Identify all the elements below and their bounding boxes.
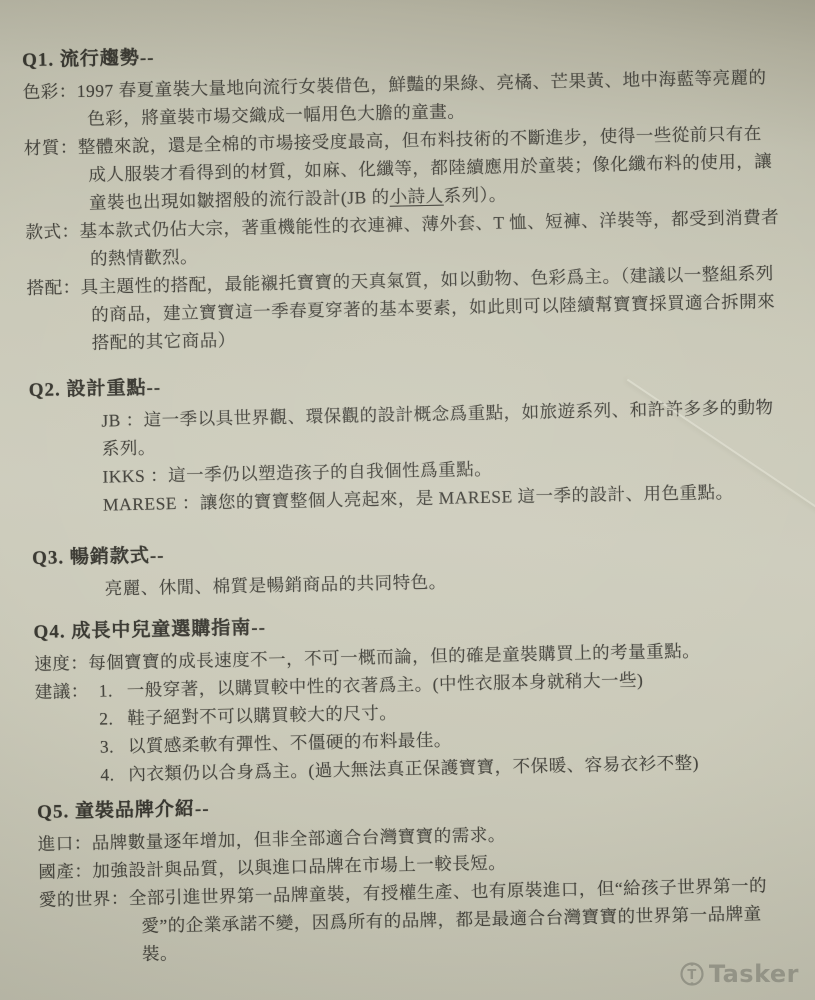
brand-text-jb: 這一季以具世界觀、環保觀的設計概念爲重點，如旅遊系列、和許許多多的動物系列。 — [102, 397, 774, 458]
entry-label-color: 色彩： — [23, 81, 77, 102]
brand-text-ikks: 這一季仍以塑造孩子的自我個性爲重點。 — [168, 459, 492, 485]
entry-text-color: 1997 春夏童裝大量地向流行女裝借色，鮮豔的果綠、亮橘、芒果黃、地中海藍等亮麗… — [77, 67, 767, 129]
entry-text-domestic: 加強設計與品質，以與進口品牌在市場上一較長短。 — [92, 853, 506, 881]
entry-label-import: 進口： — [38, 833, 92, 854]
brand-text-marese: 讓您的寶寶整個人亮起來，是 MARESE 這一季的設計、用色重點。 — [200, 482, 734, 513]
item-number: 4. — [100, 760, 129, 789]
svg-text:T: T — [687, 968, 696, 983]
brand-label-jb: JB ： — [101, 410, 144, 431]
underlined-series-name: 小詩人 — [389, 186, 443, 207]
entry-label-speed: 速度： — [34, 653, 88, 674]
entry-text-love-world: 全部引進世界第一品牌童裝，有授權生產、也有原裝進口，但“給孩子世界第一的愛”的企… — [129, 875, 768, 964]
document-page: Q1. 流行趨勢-- 色彩：1997 春夏童裝大量地向流行女裝借色，鮮豔的果綠、… — [22, 31, 794, 970]
q4-advice: 建議： 1.一般穿著，以購買較中性的衣著爲主。(中性衣服本身就稍大一些) 2.鞋… — [34, 663, 790, 790]
entry-label-domestic: 國產： — [38, 861, 92, 882]
entry-label-match: 搭配： — [26, 277, 80, 298]
entry-text-match: 具主題性的搭配，最能襯托寶寶的天真氣質，如以動物、色彩爲主。（建議以一整組系列的… — [80, 263, 775, 353]
watermark: T Tasker — [679, 960, 799, 988]
q1-entry-material: 材質：整體來說，還是全棉的市場接受度最高，但布料技術的不斷進步，使得一些從前只有… — [24, 119, 780, 218]
item-number: 3. — [100, 732, 129, 761]
q1-entry-match: 搭配：具主題性的搭配，最能襯托寶寶的天真氣質，如以動物、色彩爲主。（建議以一整組… — [26, 259, 782, 358]
entry-text-material-post: 系列）。 — [443, 184, 507, 205]
entry-text-style: 基本款式仍佔大宗，著重機能性的衣連褲、薄外套、T 恤、短褲、洋裝等，都受到消費者… — [79, 207, 779, 269]
item-number: 2. — [99, 704, 128, 733]
brand-label-ikks: IKKS ： — [102, 465, 168, 486]
q5-entry-love-world: 愛的世界：全部引進世界第一品牌童裝，有授權生產、也有原裝進口，但“給孩子世界第一… — [39, 871, 795, 970]
item-number: 1. — [98, 676, 127, 705]
entry-label-material: 材質： — [24, 137, 78, 158]
brand-label-marese: MARESE ： — [103, 493, 200, 515]
watermark-label: Tasker — [709, 960, 799, 988]
tasker-logo-icon: T — [679, 961, 705, 987]
entry-label-love-world: 愛的世界： — [39, 888, 129, 910]
entry-label-style: 款式： — [25, 221, 79, 242]
entry-text-import: 品牌數量逐年增加，但非全部適合台灣寶寶的需求。 — [92, 825, 506, 853]
entry-label-advice: 建議： — [34, 677, 100, 790]
q4-advice-list: 1.一般穿著，以購買較中性的衣著爲主。(中性衣服本身就稍大一些) 2.鞋子絕對不… — [98, 663, 790, 789]
